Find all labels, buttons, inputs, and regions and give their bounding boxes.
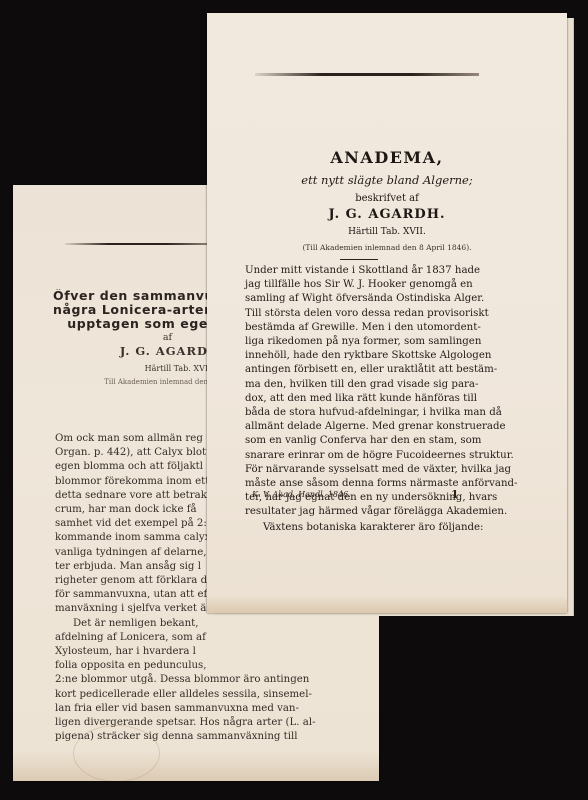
body-line: antingen förbisett en, eller uraktlåtit … (245, 363, 538, 377)
left-title-line: Öfver den sammanvux (53, 289, 208, 303)
body-line: afdelning af Lonicera, som af (55, 631, 207, 645)
body-line: resultater jag härmed vågar förelägga Ak… (245, 505, 538, 519)
body-line: Om ock man som allmän reg (55, 432, 207, 446)
article-title: ANADEMA, (207, 148, 567, 167)
body-line: samling af Wight öfversända Ostindiska A… (245, 292, 538, 306)
body-line: detta sednare vore att betrak (55, 489, 207, 503)
body-line: allmänt delade Algerne. Med grenar konst… (245, 420, 538, 434)
body-line: kommande inom samma calyx (55, 531, 207, 545)
body-line: bestämda af Grewille. Men i den utomorde… (245, 321, 538, 335)
plate-reference: Härtill Tab. XVII. (207, 227, 567, 237)
body-line: lan fria eller vid basen sammanvuxna med… (55, 702, 377, 716)
body-line: innehöll, hade den ryktbare Skottske Alg… (245, 349, 538, 363)
journal-footer: K. V. Akad. Handl. 1846. (252, 490, 537, 499)
section-divider (340, 259, 378, 260)
body-line: liga rikedomen på nya former, som samlin… (245, 335, 538, 349)
page-number: 1 (451, 488, 459, 501)
body-line: 2:ne blommor utgå. Dessa blommor äro ant… (55, 673, 377, 687)
left-title-line: upptagen som ege (53, 317, 208, 331)
body-line: som en vanlig Conferva har den en stam, … (245, 434, 538, 448)
body-line: crum, har man dock icke få (55, 503, 207, 517)
left-submitted-note: Till Akademien inlemnad den (53, 378, 208, 386)
left-plate: Härtill Tab. XVI (53, 364, 208, 373)
body-line: dox, att den med lika rätt kunde hänföra… (245, 392, 538, 406)
body-line: båda de stora hufvud-afdelningar, i hvil… (245, 406, 538, 420)
submitted-note: (Till Akademien inlemnad den 8 April 184… (207, 243, 567, 252)
body-line: ter erbjuda. Man ansåg sig l (55, 560, 207, 574)
body-line: Under mitt vistande i Skottland år 1837 … (245, 264, 538, 278)
body-line: folia opposita en pedunculus, ä (55, 659, 207, 673)
body-line: manväxning i sjelfva verket ä (55, 602, 207, 616)
body-line: Till största delen voro dessa redan prov… (245, 307, 538, 321)
body-line: för sammanvuxna, utan att eft (55, 588, 207, 602)
body-line: Xylosteum, har i hvardera l (55, 645, 207, 659)
body-line: kort pedicellerade eller alldeles sessil… (55, 688, 377, 702)
body-line: Det är nemligen bekant, (55, 617, 207, 631)
body-line: Organ. p. 442), att Calyx blott (55, 446, 207, 460)
left-title-line: några Lonicera-arter (53, 303, 208, 317)
body-line: samhet vid det exempel på 2: (55, 517, 207, 531)
left-byline: af (53, 332, 208, 343)
header-rule (255, 73, 479, 76)
body-line: ma den, hvilken till den grad visade sig… (245, 378, 538, 392)
body-line: egen blomma och att följaktl (55, 460, 207, 474)
right-page: ANADEMA, ett nytt slägte bland Algerne; … (207, 13, 567, 613)
body-line: snarare erinrar om de högre Fucoideernes… (245, 449, 538, 463)
body-line: vanliga tydningen af delarne, (55, 546, 207, 560)
byline: beskrifvet af (207, 193, 567, 204)
body-line: pigena) sträcker sig denna sammanväxning… (55, 730, 377, 744)
closing-line: Växtens botaniska karakterer äro följand… (245, 521, 538, 535)
body-line: ligen divergerande spetsar. Hos några ar… (55, 716, 377, 730)
left-author: J. G. AGARD (53, 344, 208, 358)
article-subtitle: ett nytt slägte bland Algerne; (207, 173, 567, 187)
header-rule (65, 243, 210, 245)
body-line: För närvarande sysselsatt med de växter,… (245, 463, 538, 477)
body-line: blommor förekomma inom ett (55, 475, 207, 489)
author: J. G. AGARDH. (207, 207, 567, 222)
left-page-title: Öfver den sammanvux några Lonicera-arter… (53, 289, 208, 331)
body-line: jag tillfälle hos Sir W. J. Hooker genom… (245, 278, 538, 292)
body-line: righeter genom att förklara d (55, 574, 207, 588)
